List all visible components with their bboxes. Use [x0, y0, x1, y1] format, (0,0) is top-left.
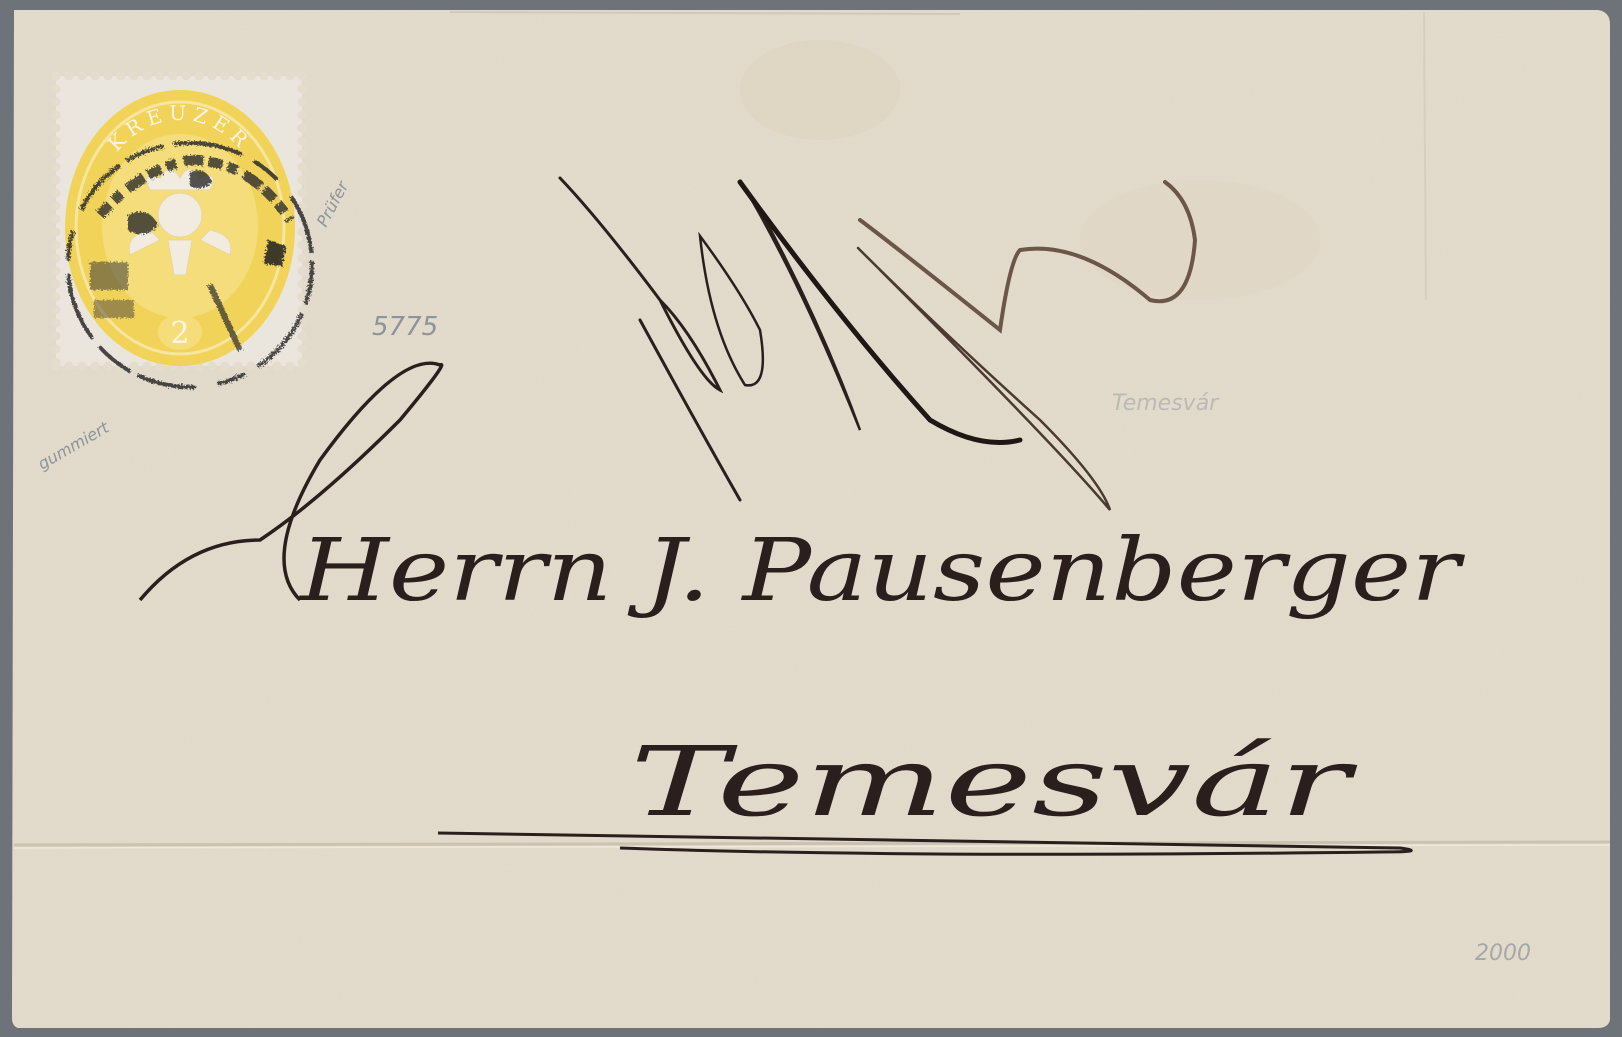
postal-cover-photo: 2 KREUZER 5775 gummiert Prüfer Temesvár … — [0, 0, 1622, 1037]
svg-text:Herrn J. Pausenberger: Herrn J. Pausenberger — [298, 521, 1466, 621]
svg-text:2: 2 — [170, 316, 189, 351]
svg-text:5775: 5775 — [372, 312, 438, 342]
svg-text:2000: 2000 — [1475, 941, 1531, 966]
postage-stamp: 2 KREUZER — [52, 72, 307, 371]
svg-text:Temesvár: Temesvár — [630, 726, 1358, 838]
svg-text:Temesvár: Temesvár — [1112, 391, 1220, 416]
